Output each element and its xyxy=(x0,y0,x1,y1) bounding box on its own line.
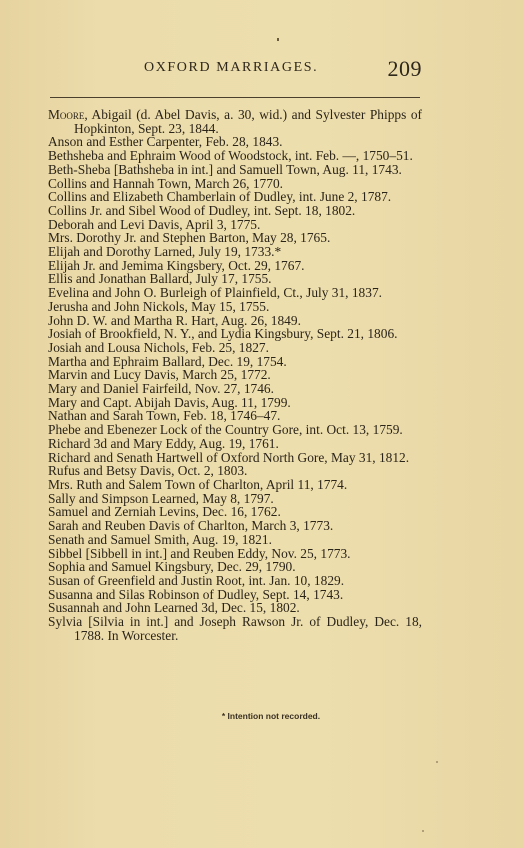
marriage-entry: Deborah and Levi Davis, April 3, 1775. xyxy=(48,218,422,232)
header-rule xyxy=(50,97,420,98)
page-header: OXFORD MARRIAGES. 209 xyxy=(48,60,422,84)
marriage-entry: Susannah and John Learned 3d, Dec. 15, 1… xyxy=(48,601,422,615)
marriage-entry: Sally and Simpson Learned, May 8, 1797. xyxy=(48,492,422,506)
marriage-entry: Susan of Greenfield and Justin Root, int… xyxy=(48,574,422,588)
marriage-entry: Josiah and Lousa Nichols, Feb. 25, 1827. xyxy=(48,341,422,355)
marriage-entry: Ellis and Jonathan Ballard, July 17, 175… xyxy=(48,272,422,286)
marriage-entry: Bethsheba and Ephraim Wood of Woodstock,… xyxy=(48,149,422,163)
marriage-entry: Collins Jr. and Sibel Wood of Dudley, in… xyxy=(48,204,422,218)
marriage-entry: Nathan and Sarah Town, Feb. 18, 1746–47. xyxy=(48,409,422,423)
marriage-entry: Anson and Esther Carpenter, Feb. 28, 184… xyxy=(48,135,422,149)
marriage-entry: Susanna and Silas Robinson of Dudley, Se… xyxy=(48,588,422,602)
marriage-entry: Mary and Daniel Fairfeild, Nov. 27, 1746… xyxy=(48,382,422,396)
paper-speck xyxy=(422,830,424,832)
marriage-entry: Josiah of Brookfield, N. Y., and Lydia K… xyxy=(48,327,422,341)
marriage-entry: Marvin and Lucy Davis, March 25, 1772. xyxy=(48,368,422,382)
marriage-entry: Mrs. Ruth and Salem Town of Charlton, Ap… xyxy=(48,478,422,492)
marriage-entry: Elijah and Dorothy Larned, July 19, 1733… xyxy=(48,245,422,259)
marriage-entry: Beth-Sheba [Bathsheba in int.] and Samue… xyxy=(48,163,422,177)
marriage-entry: Sophia and Samuel Kingsbury, Dec. 29, 17… xyxy=(48,560,422,574)
print-mark xyxy=(277,38,279,41)
paper-speck xyxy=(436,761,438,763)
marriage-entry: Moore, Abigail (d. Abel Davis, a. 30, wi… xyxy=(48,108,422,135)
marriage-entry: Collins and Hannah Town, March 26, 1770. xyxy=(48,177,422,191)
footnote: * Intention not recorded. xyxy=(0,711,524,721)
running-title: OXFORD MARRIAGES. xyxy=(144,60,318,76)
marriage-entry: Collins and Elizabeth Chamberlain of Dud… xyxy=(48,190,422,204)
marriage-entry: Elijah Jr. and Jemima Kingsbery, Oct. 29… xyxy=(48,259,422,273)
page-number: 209 xyxy=(388,56,423,82)
marriage-entry: Rufus and Betsy Davis, Oct. 2, 1803. xyxy=(48,464,422,478)
marriage-entry: Senath and Samuel Smith, Aug. 19, 1821. xyxy=(48,533,422,547)
marriage-entries-list: Moore, Abigail (d. Abel Davis, a. 30, wi… xyxy=(48,108,422,642)
marriage-entry: Sylvia [Silvia in int.] and Joseph Rawso… xyxy=(48,615,422,642)
marriage-entry: Sarah and Reuben Davis of Charlton, Marc… xyxy=(48,519,422,533)
marriage-entry: Richard 3d and Mary Eddy, Aug. 19, 1761. xyxy=(48,437,422,451)
marriage-entry: Evelina and John O. Burleigh of Plainfie… xyxy=(48,286,422,300)
marriage-entry: Sibbel [Sibbell in int.] and Reuben Eddy… xyxy=(48,547,422,561)
marriage-entry: Samuel and Zerniah Levins, Dec. 16, 1762… xyxy=(48,505,422,519)
marriage-entry: Richard and Senath Hartwell of Oxford No… xyxy=(48,451,422,465)
marriage-entry: Phebe and Ebenezer Lock of the Country G… xyxy=(48,423,422,437)
marriage-entry: Jerusha and John Nickols, May 15, 1755. xyxy=(48,300,422,314)
marriage-entry: John D. W. and Martha R. Hart, Aug. 26, … xyxy=(48,314,422,328)
marriage-entry: Martha and Ephraim Ballard, Dec. 19, 175… xyxy=(48,355,422,369)
marriage-entry: Mary and Capt. Abijah Davis, Aug. 11, 17… xyxy=(48,396,422,410)
marriage-entry: Mrs. Dorothy Jr. and Stephen Barton, May… xyxy=(48,231,422,245)
